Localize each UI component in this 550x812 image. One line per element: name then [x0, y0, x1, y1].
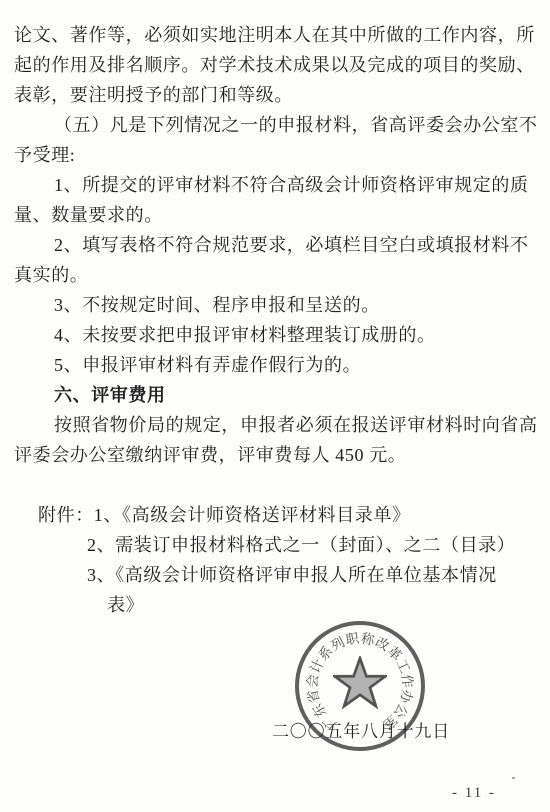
text-line: 量、数量要求的。 — [14, 200, 542, 230]
text-line: 起的作用及排名顺序。对学术技术成果以及完成的项目的奖励、 — [14, 50, 542, 80]
text-line: 3、不按规定时间、程序申报和呈送的。 — [14, 290, 542, 320]
text-line: （五）凡是下列情况之一的申报材料，省高评委会办公室不 — [14, 110, 542, 140]
text-line: 按照省物价局的规定，申报者必须在报送评审材料时向省高 — [14, 410, 542, 440]
text-line: 附件：1、《高级会计师资格送评材料目录单》 — [14, 500, 542, 530]
text-line: 表》 — [14, 590, 542, 620]
page-number: - 11 - — [452, 783, 496, 803]
text-line: 论文、著作等，必须如实地注明本人在其中所做的工作内容，所 — [14, 20, 542, 50]
text-line: 六、评审费用 — [14, 380, 542, 410]
text-line: 真实的。 — [14, 260, 542, 290]
text-line: 4、未按要求把申报评审材料整理装订成册的。 — [14, 320, 542, 350]
star-icon — [333, 656, 387, 710]
text-line: 1、所提交的评审材料不符合高级会计师资格评审规定的质 — [14, 170, 542, 200]
text-line: 表彰，要注明授予的部门和等级。 — [14, 80, 542, 110]
text-line: 5、申报评审材料有弄虚作假行为的。 — [14, 350, 542, 380]
text-line: 2、填写表格不符合规范要求，必填栏目空白或填报材料不 — [14, 230, 542, 260]
document-body-text: 论文、著作等，必须如实地注明本人在其中所做的工作内容，所起的作用及排名顺序。对学… — [14, 20, 542, 470]
document-page: 论文、著作等，必须如实地注明本人在其中所做的工作内容，所起的作用及排名顺序。对学… — [0, 0, 550, 812]
issue-date: 二〇〇五年八月十九日 — [272, 720, 450, 744]
text-line: 2、需装订申报材料格式之一（封面）、之二（目录） — [14, 530, 542, 560]
seal-char: 省 — [305, 687, 324, 706]
attachments-list: 附件：1、《高级会计师资格送评材料目录单》2、需装订申报材料格式之一（封面）、之… — [14, 500, 542, 620]
text-line: 评委会办公室缴纳评审费，评审费每人 450 元。 — [14, 440, 542, 470]
scan-speck — [512, 777, 515, 779]
text-line: 予受理: — [14, 140, 542, 170]
text-line: 3、《高级会计师资格评审申报人所在单位基本情况 — [14, 560, 542, 590]
